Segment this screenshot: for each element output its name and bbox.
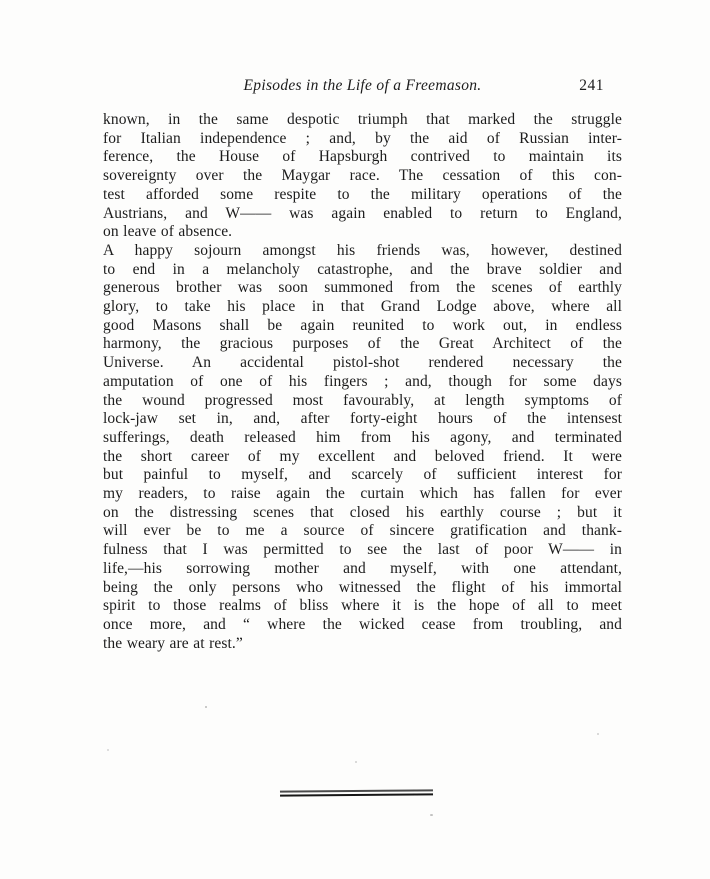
text-line: glory, to take his place in that Grand L…: [103, 298, 622, 317]
text-line: harmony, the gracious purposes of the Gr…: [103, 335, 622, 354]
text-line: Austrians, and W—— was again enabled to …: [103, 205, 622, 224]
decorative-double-rule: [280, 789, 433, 796]
text-line: the wound progressed most favourably, at…: [103, 392, 622, 411]
text-line: A happy sojourn amongst his friends was,…: [103, 242, 622, 261]
text-line: will ever be to me a source of sincere g…: [103, 522, 622, 541]
text-line: life,—his sorrowing mother and myself, w…: [103, 560, 622, 579]
paragraph-1: known, in the same despotic triumph that…: [103, 111, 622, 242]
text-line: ference, the House of Hapsburgh contrive…: [103, 148, 622, 167]
rule-bottom-line: [280, 793, 433, 796]
text-line: to end in a melancholy catastrophe, and …: [103, 261, 622, 280]
paragraph-2: A happy sojourn amongst his friends was,…: [103, 242, 622, 653]
text-line: spirit to those realms of bliss where it…: [103, 597, 622, 616]
text-line: test afforded some respite to the milita…: [103, 186, 622, 205]
rule-top-line: [280, 789, 433, 792]
text-line: once more, and “ where the wicked cease …: [103, 616, 622, 635]
text-line: fulness that I was permitted to see the …: [103, 541, 622, 560]
text-line: the short career of my excellent and bel…: [103, 448, 622, 467]
text-line: on leave of absence.: [103, 223, 622, 242]
text-line: my readers, to raise again the curtain w…: [103, 485, 622, 504]
text-line: the weary are at rest.”: [103, 635, 622, 654]
text-line: amputation of one of his fingers ; and, …: [103, 373, 622, 392]
text-line: good Masons shall be again reunited to w…: [103, 317, 622, 336]
text-line: sovereignty over the Maygar race. The ce…: [103, 167, 622, 186]
scan-speck: [107, 749, 109, 751]
text-line: Universe. An accidental pistol-shot rend…: [103, 354, 622, 373]
scan-speck: [430, 814, 433, 816]
text-line: on the distressing scenes that closed hi…: [103, 504, 622, 523]
text-line: sufferings, death released him from his …: [103, 429, 622, 448]
text-line: lock-jaw set in, and, after forty-eight …: [103, 410, 622, 429]
text-line: being the only persons who witnessed the…: [103, 579, 622, 598]
running-title: Episodes in the Life of a Freemason.: [103, 77, 622, 95]
page-header: Episodes in the Life of a Freemason. 241: [103, 77, 622, 99]
scan-speck: [355, 761, 357, 763]
page-number: 241: [579, 77, 604, 95]
text-line: generous brother was soon summoned from …: [103, 279, 622, 298]
scan-speck: [205, 706, 207, 708]
text-line: for Italian independence ; and, by the a…: [103, 130, 622, 149]
book-page: Episodes in the Life of a Freemason. 241…: [0, 0, 710, 879]
page-body: known, in the same despotic triumph that…: [103, 111, 622, 653]
text-line: but painful to myself, and scarcely of s…: [103, 466, 622, 485]
scan-speck: [597, 733, 599, 735]
text-line: known, in the same despotic triumph that…: [103, 111, 622, 130]
